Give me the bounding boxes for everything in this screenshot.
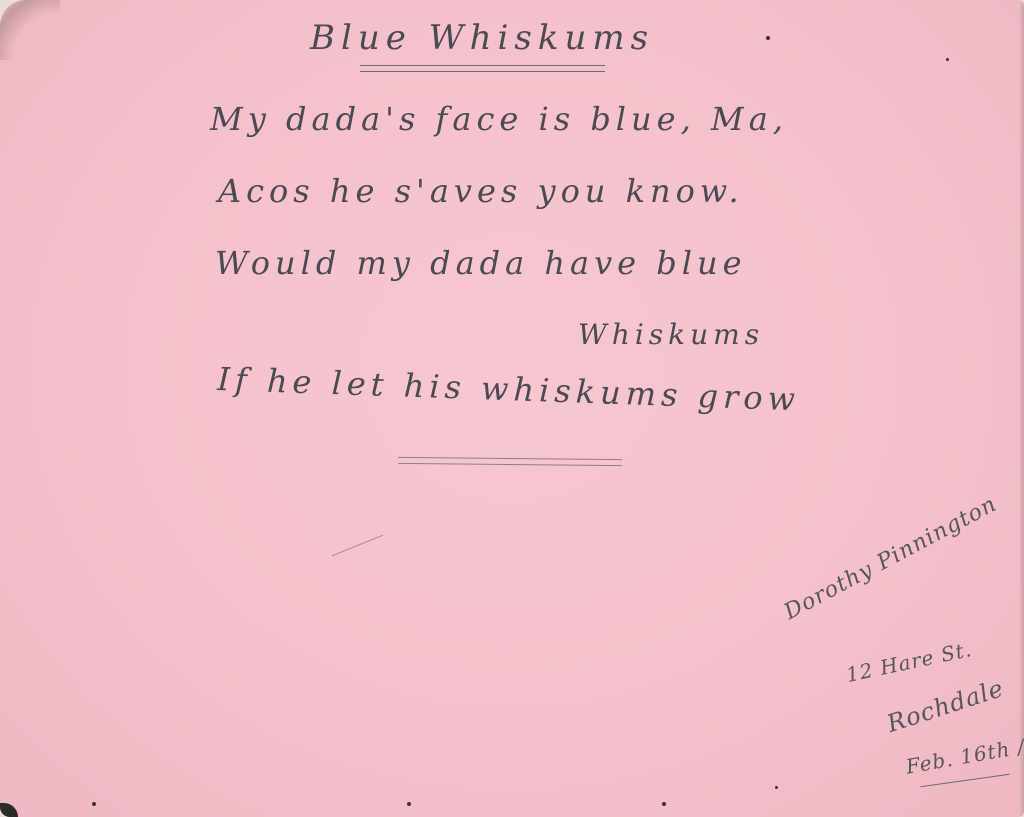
page-corner-shadow [0, 0, 60, 60]
poem-end-divider [398, 457, 622, 466]
page-right-edge [1020, 0, 1024, 817]
poem-title: Blue Whiskums [310, 18, 654, 58]
poem-line-3: Would my dada have blue [215, 244, 747, 282]
paper-speck [775, 786, 778, 789]
paper-speck [946, 58, 949, 61]
poem-line-2: Acos he s'aves you know. [218, 172, 744, 210]
date-underline [920, 774, 1009, 788]
album-page: Blue Whiskums My dada's face is blue, Ma… [0, 0, 1024, 817]
poem-line-1: My dada's face is blue, Ma, [210, 100, 788, 138]
paper-speck [407, 802, 411, 806]
poem-line-4: If he let his whiskums grow [217, 360, 801, 418]
paper-speck [662, 802, 666, 806]
poem-line-3-continuation: Whiskums [578, 318, 764, 351]
pencil-stray-mark [332, 535, 383, 557]
signature-date: Feb. 16th /09 [904, 729, 1024, 778]
paper-speck [92, 802, 96, 806]
paper-speck [766, 36, 770, 40]
signature-town: Rochdale [884, 674, 1008, 738]
signature-name: Dorothy Pinnington [780, 492, 1001, 625]
page-corner-background [0, 803, 18, 817]
signature-address: 12 Hare St. [844, 637, 974, 687]
title-double-underline [360, 65, 605, 72]
